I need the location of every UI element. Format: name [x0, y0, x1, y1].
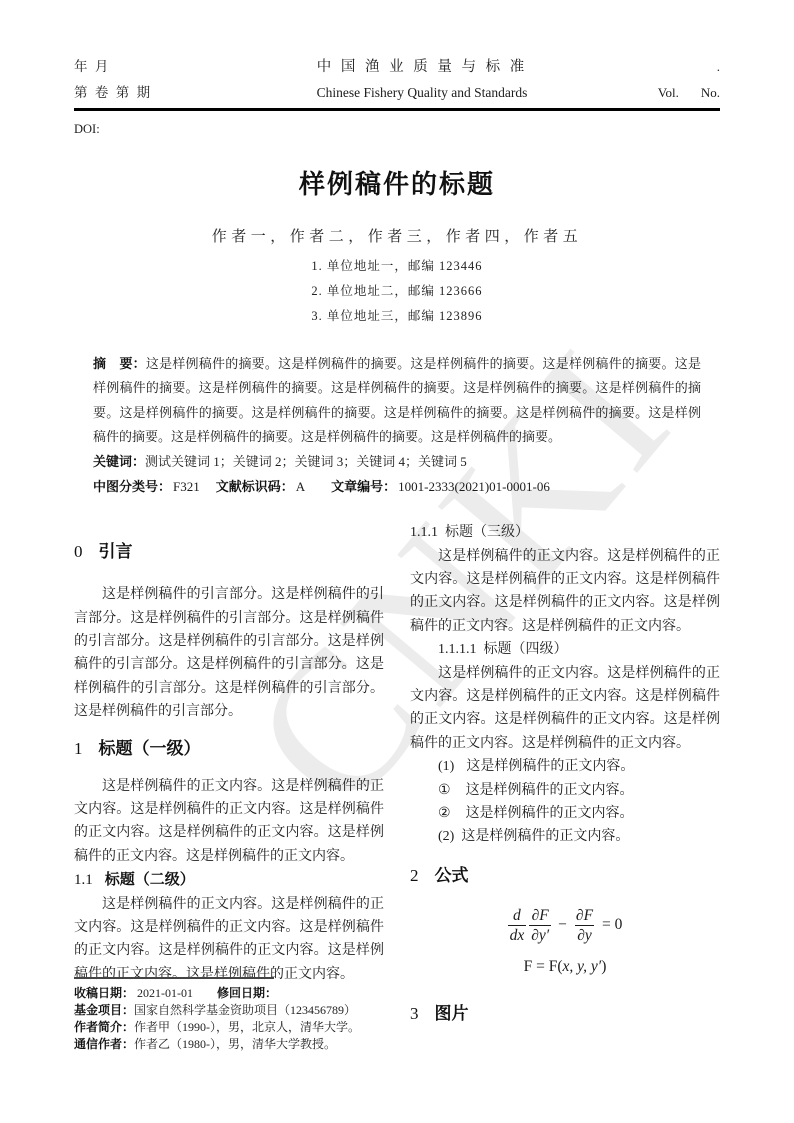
- volume-number: Vol.No.: [600, 85, 720, 101]
- section-title: 标题（三级）: [445, 525, 529, 540]
- bio-value: 作者甲（1990-），男，北京人，清华大学。: [134, 1020, 360, 1034]
- doi-label: DOI:: [74, 122, 720, 137]
- abstract-label: 摘 要：: [93, 356, 146, 371]
- list-text: 这是样例稿件的正文内容。: [466, 783, 634, 798]
- body-columns: 0引言 这是样例稿件的引言部分。这是样例稿件的引言部分。这是样例稿件的引言部分。…: [74, 521, 720, 1026]
- equals-zero: = 0: [602, 916, 622, 933]
- denominator: ∂y′: [529, 925, 551, 945]
- doc-code-label: 文献标识码：: [216, 479, 294, 494]
- left-column: 0引言 这是样例稿件的引言部分。这是样例稿件的引言部分。这是样例稿件的引言部分。…: [74, 521, 384, 1026]
- denominator: dx: [508, 925, 527, 945]
- abstract-text: 这是样例稿件的摘要。这是样例稿件的摘要。这是样例稿件的摘要。这是样例稿件的摘要。…: [93, 356, 701, 445]
- list-item: (2)这是样例稿件的正文内容。: [410, 825, 720, 848]
- list-text: 这是样例稿件的正文内容。: [461, 829, 629, 844]
- corresponding-author-line: 通信作者：作者乙（1980-），男，清华大学教授。: [74, 1036, 720, 1053]
- corr-label: 通信作者：: [74, 1037, 134, 1051]
- received-value: 2021-01-01: [137, 986, 193, 1000]
- article-title: 样例稿件的标题: [74, 164, 720, 201]
- author-list: 作者一，作者二，作者三，作者四，作者五: [74, 225, 720, 246]
- section-heading-level2: 1.1标题（二级）: [74, 868, 384, 892]
- body-paragraph: 这是样例稿件的正文内容。这是样例稿件的正文内容。这是样例稿件的正文内容。这是样例…: [74, 775, 384, 869]
- minus-operator: −: [558, 916, 567, 933]
- keywords-line: 关键词：测试关键词 1；关键词 2；关键词 3；关键词 4；关键词 5: [74, 450, 720, 475]
- equation-suffix: ): [601, 958, 606, 975]
- equation-prefix: F = F(: [524, 958, 563, 975]
- list-marker: (2): [438, 825, 454, 848]
- list-text: 这是样例稿件的正文内容。: [466, 759, 634, 774]
- author-bio-line: 作者简介：作者甲（1990-），男，北京人，清华大学。: [74, 1019, 720, 1036]
- footnote-rule: [74, 977, 274, 979]
- footnote-area: 收稿日期：2021-01-01修回日期： 基金项目：国家自然科学基金资助项目（1…: [74, 977, 720, 1053]
- vol-label: Vol.: [658, 85, 679, 101]
- issue-number: 第 卷 第 期: [74, 81, 244, 101]
- function-definition-equation: F = F(x, y, y′): [410, 955, 720, 978]
- fund-line: 基金项目：国家自然科学基金资助项目（123456789）: [74, 1002, 720, 1019]
- issue-date: 年 月: [74, 55, 244, 75]
- denominator: ∂y: [575, 925, 594, 945]
- revised-label: 修回日期：: [217, 986, 277, 1000]
- section-title: 标题（一级）: [99, 739, 201, 758]
- section-number: 1.1.1: [410, 525, 438, 540]
- journal-title-zh: 中 国 渔 业 质 量 与 标 准: [244, 55, 600, 76]
- fraction-dF-dy: ∂F∂y: [574, 906, 595, 946]
- numerator: ∂F: [530, 906, 551, 925]
- clc-value: F321: [173, 479, 200, 494]
- section-number: 1.1: [74, 872, 93, 888]
- section-title: 公式: [435, 866, 469, 885]
- list-item: (1)这是样例稿件的正文内容。: [410, 755, 720, 778]
- masthead-row-2: 第 卷 第 期 Chinese Fishery Quality and Stan…: [74, 81, 720, 101]
- section-number: 1.1.1.1: [438, 642, 477, 657]
- corr-value: 作者乙（1980-），男，清华大学教授。: [134, 1037, 336, 1051]
- list-text: 这是样例稿件的正文内容。: [466, 806, 634, 821]
- section-heading-formula: 2公式: [410, 864, 720, 888]
- section-number: 2: [410, 866, 419, 885]
- fraction-d-dx: ddx: [508, 906, 527, 946]
- keywords-text: 测试关键词 1；关键词 2；关键词 3；关键词 4；关键词 5: [145, 454, 467, 469]
- journal-masthead: 年 月 中 国 渔 业 质 量 与 标 准 . 第 卷 第 期 Chinese …: [74, 55, 720, 137]
- doc-code-value: A: [296, 479, 305, 494]
- list-item: ②这是样例稿件的正文内容。: [410, 802, 720, 825]
- masthead-dot: .: [600, 59, 720, 75]
- fund-value: 国家自然科学基金资助项目（123456789）: [134, 1003, 356, 1017]
- masthead-row-1: 年 月 中 国 渔 业 质 量 与 标 准 .: [74, 55, 720, 76]
- section-number: 1: [74, 739, 83, 758]
- section-title: 标题（四级）: [484, 642, 568, 657]
- abstract-block: 摘 要：这是样例稿件的摘要。这是样例稿件的摘要。这是样例稿件的摘要。这是样例稿件…: [74, 352, 720, 450]
- section-number: 0: [74, 542, 83, 561]
- affiliation-line: 3. 单位地址三，邮编 123896: [74, 304, 720, 329]
- equation-variables: x, y, y′: [563, 958, 602, 975]
- numerator: d: [511, 906, 523, 925]
- body-paragraph: 这是样例稿件的正文内容。这是样例稿件的正文内容。这是样例稿件的正文内容。这是样例…: [74, 893, 384, 987]
- page: CNKI 年 月 中 国 渔 业 质 量 与 标 准 . 第 卷 第 期 Chi…: [0, 0, 794, 1123]
- affiliation-line: 2. 单位地址二，邮编 123666: [74, 279, 720, 304]
- list-marker: ②: [438, 802, 451, 825]
- article-id-label: 文章编号：: [331, 479, 396, 494]
- article-id-value: 1001-2333(2021)01-0001-06: [398, 479, 550, 494]
- body-paragraph: 这是样例稿件的正文内容。这是样例稿件的正文内容。这是样例稿件的正文内容。这是样例…: [410, 545, 720, 639]
- fund-label: 基金项目：: [74, 1003, 134, 1017]
- list-item: ①这是样例稿件的正文内容。: [410, 779, 720, 802]
- header-rule: [74, 108, 720, 111]
- bio-label: 作者简介：: [74, 1020, 134, 1034]
- received-date-line: 收稿日期：2021-01-01修回日期：: [74, 985, 720, 1002]
- list-marker: (1): [438, 755, 454, 778]
- clc-label: 中图分类号：: [93, 479, 171, 494]
- numerator: ∂F: [574, 906, 595, 925]
- classification-line: 中图分类号：F321文献标识码：A文章编号：1001-2333(2021)01-…: [74, 475, 720, 500]
- section-heading-level3: 1.1.1标题（三级）: [410, 521, 720, 544]
- body-paragraph: 这是样例稿件的正文内容。这是样例稿件的正文内容。这是样例稿件的正文内容。这是样例…: [410, 662, 720, 756]
- section-heading-level4: 1.1.1.1标题（四级）: [410, 638, 720, 661]
- page-content: 年 月 中 国 渔 业 质 量 与 标 准 . 第 卷 第 期 Chinese …: [0, 0, 794, 1026]
- affiliation-line: 1. 单位地址一，邮编 123446: [74, 254, 720, 279]
- section-heading-level1: 1标题（一级）: [74, 737, 384, 761]
- list-marker: ①: [438, 779, 451, 802]
- euler-lagrange-equation: ddx∂F∂y′−∂F∂y= 0: [410, 906, 720, 946]
- intro-paragraph: 这是样例稿件的引言部分。这是样例稿件的引言部分。这是样例稿件的引言部分。这是样例…: [74, 583, 384, 723]
- fraction-dF-dyprime: ∂F∂y′: [529, 906, 551, 946]
- affiliations: 1. 单位地址一，邮编 123446 2. 单位地址二，邮编 123666 3.…: [74, 254, 720, 329]
- footnote-lines: 收稿日期：2021-01-01修回日期： 基金项目：国家自然科学基金资助项目（1…: [74, 985, 720, 1053]
- keywords-label: 关键词：: [93, 454, 145, 469]
- no-label: No.: [701, 85, 720, 101]
- right-column: 1.1.1标题（三级） 这是样例稿件的正文内容。这是样例稿件的正文内容。这是样例…: [410, 521, 720, 1026]
- section-title: 引言: [99, 542, 133, 561]
- received-label: 收稿日期：: [74, 986, 134, 1000]
- section-title: 标题（二级）: [105, 871, 195, 888]
- section-heading-intro: 0引言: [74, 540, 384, 564]
- journal-title-en: Chinese Fishery Quality and Standards: [244, 85, 600, 101]
